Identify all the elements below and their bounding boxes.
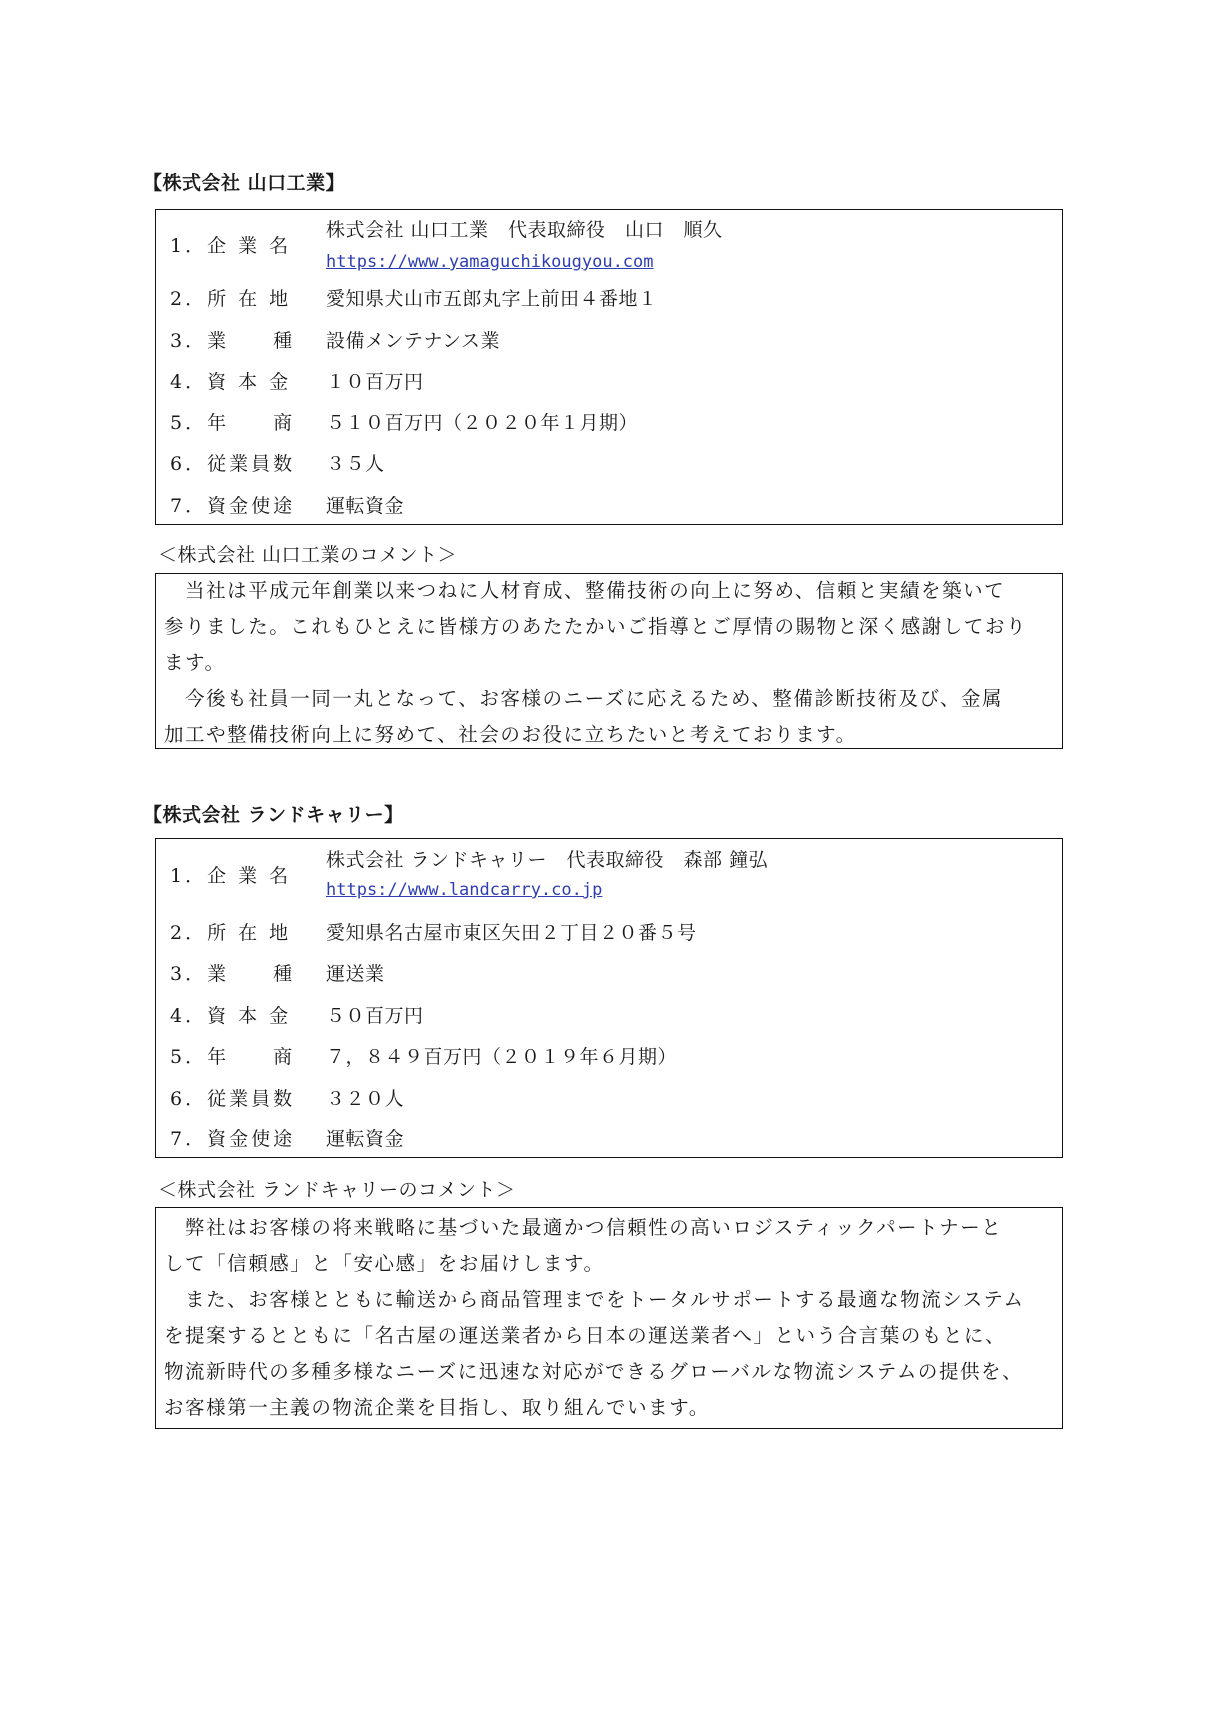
comment-line: を提案するとともに「名古屋の運送業者から日本の運送業者へ」という合言葉のもとに、 [164,1318,1054,1354]
table-row: 5．年 商 ５１０百万円（２０２０年１月期） [156,408,1062,438]
row-label: 3．業 種 [170,326,295,356]
table-row: 4．資 本 金 １０百万円 [156,367,1062,397]
table-row: 4．資 本 金 ５０百万円 [156,1001,1062,1031]
row-value: 株式会社 ランドキャリー 代表取締役 森部 鐘弘 [326,845,768,875]
table-row: https://www.landcarry.co.jp [156,875,1062,905]
row-value: ３２０人 [326,1084,404,1114]
table-row: 1．企 業 名 株式会社 山口工業 代表取締役 山口 順久 [156,215,1062,245]
row-value: 愛知県名古屋市東区矢田２丁目２０番５号 [326,918,697,948]
table-row: 7．資金使途 運転資金 [156,1124,1062,1154]
row-value: 運転資金 [326,491,404,521]
comment-box: 当社は平成元年創業以来つねに人材育成、整備技術の向上に努め、信頼と実績を築いて … [155,573,1063,749]
table-row: 3．業 種 設備メンテナンス業 [156,326,1062,356]
comment-line: 今後も社員一同一丸となって、お客様のニーズに応えるため、整備診断技術及び、金属 [164,681,1054,717]
table-row: 2．所 在 地 愛知県犬山市五郎丸字上前田４番地１ [156,284,1062,314]
comment-label: ＜株式会社 山口工業のコメント＞ [158,540,457,567]
table-row: 2．所 在 地 愛知県名古屋市東区矢田２丁目２０番５号 [156,918,1062,948]
row-label: 6．従業員数 [170,449,295,479]
row-value: １０百万円 [326,367,424,397]
row-label: 5．年 商 [170,1042,295,1072]
company-heading: 【株式会社 ランドキャリー】 [143,800,404,827]
table-row: 1．企 業 名 株式会社 ランドキャリー 代表取締役 森部 鐘弘 [156,845,1062,875]
comment-line: して「信頼感」と「安心感」をお届けします。 [164,1246,1054,1282]
comment-line: 参りました。これもひとえに皆様方のあたたかいご指導とご厚情の賜物と深く感謝してお… [164,609,1054,645]
row-label: 4．資 本 金 [170,1001,291,1031]
row-label: 6．従業員数 [170,1084,295,1114]
row-value: ３５人 [326,449,385,479]
company-info-table: 1．企 業 名 株式会社 山口工業 代表取締役 山口 順久 https://ww… [155,209,1063,525]
row-value: ５０百万円 [326,1001,424,1031]
row-value: ７，８４９百万円（２０１９年６月期） [326,1042,677,1072]
row-label: 4．資 本 金 [170,367,291,397]
table-row: 6．従業員数 ３２０人 [156,1084,1062,1114]
company-info-table: 1．企 業 名 株式会社 ランドキャリー 代表取締役 森部 鐘弘 https:/… [155,838,1063,1158]
company-url-link[interactable]: https://www.landcarry.co.jp [326,875,602,905]
row-value: 運送業 [326,959,385,989]
table-row: 5．年 商 ７，８４９百万円（２０１９年６月期） [156,1042,1062,1072]
comment-line: また、お客様とともに輸送から商品管理までをトータルサポートする最適な物流システム [164,1282,1054,1318]
row-label: 5．年 商 [170,408,295,438]
comment-line: 物流新時代の多種多様なニーズに迅速な対応ができるグローバルな物流システムの提供を… [164,1354,1054,1390]
row-label: 3．業 種 [170,959,295,989]
table-row: 3．業 種 運送業 [156,959,1062,989]
table-row: 7．資金使途 運転資金 [156,491,1062,521]
comment-line: 弊社はお客様の将来戦略に基づいた最適かつ信頼性の高いロジスティックパートナーと [164,1210,1054,1246]
row-value: 設備メンテナンス業 [326,326,500,356]
row-label: 7．資金使途 [170,491,295,521]
comment-label: ＜株式会社 ランドキャリーのコメント＞ [158,1175,516,1202]
row-label: 7．資金使途 [170,1124,295,1154]
comment-line: お客様第一主義の物流企業を目指し、取り組んでいます。 [164,1390,1054,1426]
company-heading: 【株式会社 山口工業】 [143,168,345,195]
row-value: ５１０百万円（２０２０年１月期） [326,408,638,438]
table-row: https://www.yamaguchikougyou.com [156,247,1062,277]
row-label: 2．所 在 地 [170,284,291,314]
table-row: 6．従業員数 ３５人 [156,449,1062,479]
row-value: 運転資金 [326,1124,404,1154]
row-value: 愛知県犬山市五郎丸字上前田４番地１ [326,284,658,314]
row-value: 株式会社 山口工業 代表取締役 山口 順久 [326,215,723,245]
company-url-link[interactable]: https://www.yamaguchikougyou.com [326,247,654,277]
comment-box: 弊社はお客様の将来戦略に基づいた最適かつ信頼性の高いロジスティックパートナーと … [155,1207,1063,1429]
row-label: 2．所 在 地 [170,918,291,948]
comment-line: ます。 [164,645,1054,681]
comment-line: 加工や整備技術向上に努めて、社会のお役に立ちたいと考えております。 [164,717,1054,753]
comment-line: 当社は平成元年創業以来つねに人材育成、整備技術の向上に努め、信頼と実績を築いて [164,573,1054,609]
